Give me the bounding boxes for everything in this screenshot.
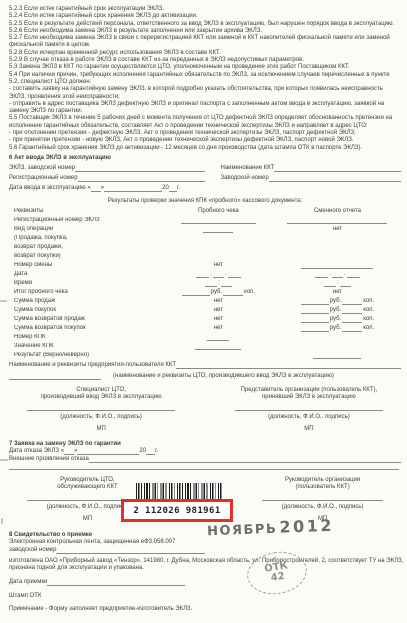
blank-line (301, 316, 329, 323)
blank-line (89, 456, 401, 463)
section6-title: 6 Акт ввода ЭКЛЗ в эксплуатацию (9, 154, 401, 162)
kpk-check-title: Результаты проверки значения КПК «пробно… (9, 197, 401, 205)
warranty-clause: 5.2.4 Если истек гарантийный срок хранен… (9, 13, 401, 20)
user-enterprise-label: Наименование и реквизиты предприятия-пол… (9, 362, 176, 369)
kpk-report-cell (274, 262, 401, 269)
blank-line (47, 579, 185, 586)
blank-line (75, 165, 204, 172)
currency-rub-label: руб. (330, 307, 341, 314)
blank-line (301, 262, 373, 269)
blank-line (182, 289, 210, 296)
blank-line (169, 185, 177, 192)
kpk-row-label: Время (9, 280, 163, 287)
kpk-report-cell (274, 352, 401, 359)
blank-line (342, 325, 362, 332)
stamp-month-text: НОЯБРЬ (207, 522, 278, 539)
currency-rub-label: руб. (211, 289, 222, 296)
commissioning-date-field: Дата ввода в эксплуатацию « » 20 г. (9, 185, 252, 192)
blank-line (104, 185, 162, 192)
warranty-clause: 5.2.9 В случае отказа в работе ЭКЛЗ в со… (9, 57, 401, 64)
kpk-receipt-cell: нет (163, 262, 274, 269)
kpk-table-row: Сумма продажнетруб.коп. (9, 296, 401, 305)
signature-line (235, 402, 383, 411)
blank-line (301, 325, 329, 332)
blank-line (64, 448, 74, 455)
cto-caption: (наименование и реквизиты ЦТО, производи… (101, 373, 346, 380)
cto-caption-row: (наименование и реквизиты ЦТО, производи… (9, 373, 401, 380)
signer-line: принявший ЭКЛЗ в эксплуатацию (217, 394, 401, 402)
blank-line (287, 217, 387, 224)
sign-caption: (должность, Ф.И.О., подпись) (244, 504, 401, 512)
reg-number-field: Регистрационный номер (9, 175, 205, 182)
sign-caption: (должность, Ф.И.О., подпись) (9, 414, 193, 422)
product-line: Электронная контрольная лента, защищенна… (9, 539, 401, 546)
section8: 8 Свидетельство о приемке Электронная ко… (9, 532, 401, 614)
kpk-report-cell: руб.коп. (274, 298, 401, 305)
mp-seal-label: МП (217, 426, 401, 434)
mp-seal-label: МП (9, 426, 193, 434)
barcode-number: 2 112026 981961 (133, 506, 220, 516)
kpk-receipt-cell (163, 334, 274, 341)
kpk-col-report: Сменного отчета (274, 208, 401, 215)
blank-line (221, 280, 232, 287)
kpk-row-label: Сумма возвратов продаж (9, 316, 163, 323)
kpk-row-label: Результат (Верно/неверно) (9, 352, 163, 359)
kpk-cell-value: нет (214, 307, 223, 314)
kpk-report-cell: нет (274, 226, 401, 233)
kpk-receipt-cell: нет (163, 316, 274, 323)
kpk-table-row: Номер сменынет (9, 260, 401, 269)
kpk-table-body: Регистрационный номер ЭКЛЗВид операциине… (9, 215, 401, 359)
stamp-year-text: 2012 (279, 516, 334, 537)
kpk-receipt-cell: нет (163, 307, 274, 314)
otk-stamp-number: 42 (270, 572, 285, 584)
kpk-check-table: Реквизиты Пробного чека Сменного отчета … (9, 205, 401, 359)
kpk-row-label: Сумма возвратов покупок (9, 325, 163, 332)
kpk-table-row: Результат (Верно/неверно) (9, 350, 401, 359)
failure-date-label: Дата отказа ЭКЛЗ « (9, 448, 64, 455)
year-suffix: г. (155, 448, 158, 455)
kpk-table-row: Сумма возвратов покупокнетруб.коп. (9, 323, 401, 332)
section7-title: 7 Заявка на замену ЭКЛЗ по гарантии (9, 440, 401, 448)
kpk-row-label: Сумма продаж (9, 298, 163, 305)
warranty-clause: - отправить в адрес поставщика ЭКЛЗ дефе… (9, 101, 401, 116)
blank-line (203, 226, 233, 233)
kpk-table-row: возврат покупки) (9, 251, 401, 260)
kpk-table-row: Дата.... (9, 269, 401, 278)
blank-line (77, 448, 139, 455)
warranty-clause: - при принятии претензии - новую ЭКЛЗ, А… (9, 137, 401, 144)
blank-line (315, 271, 328, 278)
blank-line (347, 271, 360, 278)
blank-line (56, 547, 205, 554)
kpk-row-label: возврат продажи, (9, 244, 163, 251)
kpk-table-row: Вид операциинет (9, 224, 401, 233)
warranty-clause: 5.4 При наличии причин, требующих исполн… (9, 72, 401, 87)
currency-rub-label: руб. (330, 316, 341, 323)
kkt-name-label: Наименование ККТ (221, 165, 275, 172)
currency-rub-label: руб. (330, 298, 341, 305)
blank-line (195, 343, 241, 350)
warranty-clause: 5.2.8 Если исчерпан временной ресурс исп… (9, 50, 401, 57)
blank-line (9, 373, 101, 380)
blank-line (301, 298, 329, 305)
blank-line (228, 271, 241, 278)
currency-kop-label: коп. (363, 298, 374, 305)
blank-line (9, 463, 399, 470)
kpk-row-label: Сумма покупок (9, 307, 163, 314)
blank-line (146, 448, 155, 455)
kpk-row-label: Номер КПК (9, 334, 163, 341)
failure-date-field: Дата отказа ЭКЛЗ « » 20 г. (9, 448, 225, 455)
kkt-serial-field: Заводской номер (221, 175, 401, 182)
kpk-row-label: Регистрационный номер ЭКЛЗ (9, 217, 163, 224)
kpk-report-cell: руб.коп. (274, 307, 401, 314)
signer-line: (пользователь ККТ) (244, 484, 401, 492)
blank-line (342, 298, 362, 305)
kpk-report-cell: : (274, 280, 401, 287)
section6-signatures: Специалист ЦТО, производивший ввод ЭКЛЗ … (9, 387, 401, 434)
kpk-table-row: возврат продажи, (9, 242, 401, 251)
kpk-row-label: Дата (9, 271, 163, 278)
blank-line (342, 316, 362, 323)
kpk-receipt-cell (163, 217, 274, 224)
signature-line (262, 492, 383, 501)
kpk-report-cell: руб.коп. (274, 316, 401, 323)
currency-kop-label: коп. (363, 307, 374, 314)
kpk-cell-value: нет (333, 289, 342, 296)
warranty-clause: 5.2.5 Если в результате действий персона… (9, 21, 401, 28)
kpk-cell-value: нет (214, 298, 223, 305)
note-text: Примечание - Форму заполняет предприятие… (9, 606, 401, 613)
warranty-clause: - составить заявку на гарантийную замену… (9, 86, 401, 101)
kpk-receipt-cell: нет (163, 298, 274, 305)
blank-line (324, 280, 336, 287)
blank-line (301, 307, 329, 314)
kpk-col-receipt: Пробного чека (163, 208, 274, 215)
warranty-clause: 5.2.7 Если необходима замена ЭКЛЗ в связ… (9, 35, 401, 50)
kpk-receipt-cell: .. (163, 271, 274, 278)
year-prefix: 20 (162, 185, 169, 192)
blank-line (91, 185, 101, 192)
currency-kop-label: коп. (363, 325, 374, 332)
blank-line (176, 362, 401, 369)
kpk-row-label: (Продажа, покупка, (9, 235, 163, 242)
signature-line (27, 402, 175, 411)
kpk-table-row: Регистрационный номер ЭКЛЗ (9, 215, 401, 224)
kpk-cell-value: нет (214, 325, 223, 332)
kpk-table-row: Номер КПК (9, 332, 401, 341)
section8-serial-label: заводской номер (9, 547, 56, 554)
failure-symptoms-label: Внешние проявления отказа (9, 456, 89, 463)
year-prefix: 20 (139, 448, 146, 455)
kpk-cell-value: нет (214, 316, 223, 323)
kpk-row-label: Итог пробного чека (9, 289, 163, 296)
blank-line (340, 280, 351, 287)
warranty-clause: 5.6 Гарантийный срок хранения ЭКЛЗ до ак… (9, 145, 401, 152)
currency-rub-label: руб. (330, 325, 341, 332)
commissioning-date-label: Дата ввода в эксплуатацию « (9, 185, 91, 192)
blank-line (213, 271, 224, 278)
kkt-name-field: Наименование ККТ (221, 165, 401, 172)
blank-line (332, 271, 343, 278)
kpk-receipt-cell (163, 343, 274, 350)
kpk-receipt-cell (163, 226, 274, 233)
kpk-table-row: Значение КПК (9, 341, 401, 350)
sign-caption: (должность, Ф.И.О., подпись) (217, 414, 401, 422)
kpk-receipt-cell: нет (163, 325, 274, 332)
blank-line (342, 307, 362, 314)
user-enterprise-field: Наименование и реквизиты предприятия-пол… (9, 362, 401, 369)
cto-specialist-signature: Специалист ЦТО, производивший ввод ЭКЛЗ … (9, 387, 193, 434)
section8-title: 8 Свидетельство о приемке (9, 532, 401, 539)
kpk-table-header: Реквизиты Пробного чека Сменного отчета (9, 205, 401, 215)
kpk-table-row: Сумма возвратов продажнетруб.коп. (9, 314, 401, 323)
kpk-table-row: Сумма покупокнетруб.коп. (9, 305, 401, 314)
kpk-row-label: Значение КПК (9, 343, 163, 350)
scan-artifact (0, 459, 8, 461)
kpk-receipt-cell: : (163, 280, 274, 287)
eklz-serial-label: ЭКЛЗ, заводской номер (9, 165, 75, 172)
kkt-serial-label: Заводской номер (221, 175, 269, 182)
acceptance-date-label: Дата приемки (9, 579, 47, 586)
warranty-clauses: 5.2.3 Если истек гарантийный срок эксплу… (9, 6, 401, 152)
kpk-report-cell: .. (274, 271, 401, 278)
warranty-clause: 5.3 Замена ЭКЛЗ в ККТ по гарантии осущес… (9, 64, 401, 71)
otk-stamp-label: Штамп ОТК (9, 593, 401, 600)
failure-symptoms-field: Внешние проявления отказа (9, 456, 401, 463)
kpk-table-row: (Продажа, покупка, (9, 233, 401, 242)
blank-line (223, 289, 243, 296)
signer-line: Руководитель организации (244, 477, 401, 485)
kpk-row-label: возврат покупки) (9, 253, 163, 260)
blank-line (313, 352, 361, 359)
eklz-passport-page: 5.2.3 Если истек гарантийный срок эксплу… (0, 0, 407, 623)
kpk-report-cell: нет (274, 289, 401, 296)
currency-kop-label: коп. (244, 289, 255, 296)
blank-line (78, 175, 205, 182)
eklz-serial-field: ЭКЛЗ, заводской номер (9, 165, 205, 172)
scan-artifact (0, 300, 7, 302)
manufacture-text: изготовлена ОАО «Приборный завод «Тензор… (9, 558, 407, 573)
kpk-report-cell: руб.коп. (274, 325, 401, 332)
scan-artifact (1, 518, 3, 524)
kpk-cell-value: нет (333, 226, 342, 233)
blank-line (274, 165, 401, 172)
blank-line (181, 217, 256, 224)
user-representative-signature: Представитель организации (пользователь … (217, 387, 401, 434)
warranty-clause: 5.5 Поставщик ЭКЛЗ в течение 5 рабочих д… (9, 115, 401, 130)
kpk-col-requisites: Реквизиты (9, 208, 163, 215)
section8-serial-field: заводской номер (9, 547, 205, 554)
kpk-report-cell (274, 217, 401, 224)
kpk-row-label: Вид операции (9, 226, 163, 233)
serial-number-highlight: 2 112026 981961 (121, 499, 233, 522)
reg-number-label: Регистрационный номер (9, 175, 78, 182)
kpk-receipt-cell: руб.коп. (163, 289, 274, 296)
blank-line (205, 280, 217, 287)
kpk-table-row: Итог пробного чекаруб.коп.нет (9, 287, 401, 296)
blank-line (269, 175, 401, 182)
kpk-cell-value: нет (214, 262, 223, 269)
currency-kop-label: коп. (363, 316, 374, 323)
kpk-row-label: Номер смены (9, 262, 163, 269)
year-suffix: г. (177, 185, 180, 192)
acceptance-date-field: Дата приемки (9, 579, 185, 586)
blank-line (196, 271, 209, 278)
blank-line (207, 334, 229, 341)
kpk-table-row: Время:: (9, 278, 401, 287)
signer-line: производивший ввод ЭКЛЗ в эксплуатацию (9, 394, 193, 402)
